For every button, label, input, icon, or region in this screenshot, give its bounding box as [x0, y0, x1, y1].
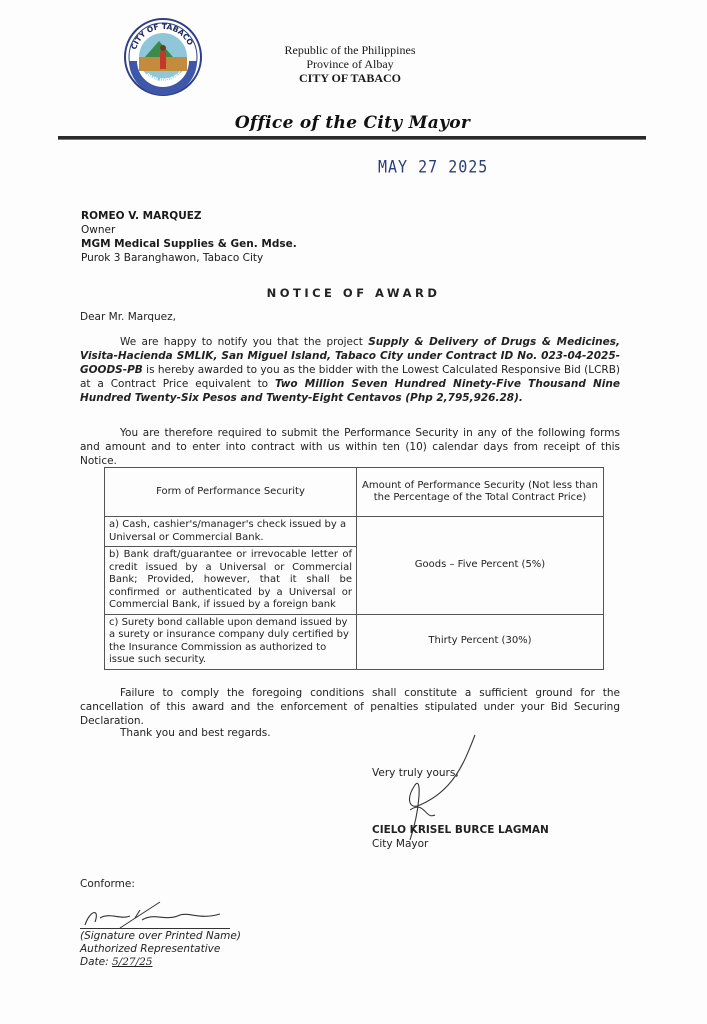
letterhead: Republic of the Philippines Province of … — [240, 43, 460, 85]
conforme-signature-icon — [80, 900, 240, 930]
conforme-role: Authorized Representative — [80, 943, 241, 956]
header-divider — [58, 136, 646, 140]
table-header-row: Form of Performance Security Amount of P… — [105, 468, 604, 517]
table-header: Form of Performance Security — [105, 468, 357, 517]
addressee-address: Purok 3 Baranghawon, Tabaco City — [81, 251, 297, 265]
received-date-stamp: MAY 27 2025 — [378, 157, 488, 178]
letterhead-city: CITY OF TABACO — [240, 71, 460, 85]
table-row: c) Surety bond callable upon demand issu… — [105, 614, 604, 669]
letterhead-country: Republic of the Philippines — [240, 43, 460, 57]
salutation: Dear Mr. Marquez, — [80, 311, 176, 323]
table-cell-amount: Thirty Percent (30%) — [357, 614, 604, 669]
signature-caption: (Signature over Printed Name) — [80, 930, 241, 943]
table-row: a) Cash, cashier's/manager's check issue… — [105, 517, 604, 547]
city-seal-icon: CITY OF TABACO PHILIPPINES — [123, 17, 203, 97]
thanks-line: Thank you and best regards. — [120, 727, 271, 739]
table-cell-form: c) Surety bond callable upon demand issu… — [105, 614, 357, 669]
addressee-company: MGM Medical Supplies & Gen. Mdse. — [81, 237, 297, 251]
addressee-position: Owner — [81, 223, 297, 237]
notice-of-award-document: CITY OF TABACO PHILIPPINES Republic of t… — [0, 0, 707, 1024]
award-paragraph: We are happy to notify you that the proj… — [80, 335, 620, 405]
signatory-title: City Mayor — [372, 837, 549, 851]
conforme-date: Date: 5/27/25 — [80, 956, 241, 969]
closing-line: Very truly yours, — [372, 767, 459, 779]
table-cell-form: b) Bank draft/guarantee or irrevocable l… — [105, 547, 357, 615]
table-header: Amount of Performance Security (Not less… — [357, 468, 604, 517]
signatory-name: CIELO KRISEL BURCE LAGMAN — [372, 823, 549, 837]
requirement-paragraph: You are therefore required to submit the… — [80, 426, 620, 468]
table-cell-amount: Goods – Five Percent (5%) — [357, 517, 604, 615]
signatory-block: CIELO KRISEL BURCE LAGMAN City Mayor — [372, 823, 549, 851]
document-title: NOTICE OF AWARD — [0, 286, 707, 300]
conforme-date-value: 5/27/25 — [112, 956, 152, 968]
conforme-label: Conforme: — [80, 878, 135, 890]
signature-line — [80, 928, 230, 929]
office-title: Office of the City Mayor — [180, 113, 525, 133]
failure-paragraph: Failure to comply the foregoing conditio… — [80, 686, 620, 728]
letterhead-province: Province of Albay — [240, 57, 460, 71]
performance-security-table: Form of Performance Security Amount of P… — [104, 467, 604, 670]
table-cell-form: a) Cash, cashier's/manager's check issue… — [105, 517, 357, 547]
conforme-block: (Signature over Printed Name) Authorized… — [80, 930, 241, 969]
addressee-block: ROMEO V. MARQUEZ Owner MGM Medical Suppl… — [81, 209, 297, 265]
addressee-name: ROMEO V. MARQUEZ — [81, 209, 297, 223]
